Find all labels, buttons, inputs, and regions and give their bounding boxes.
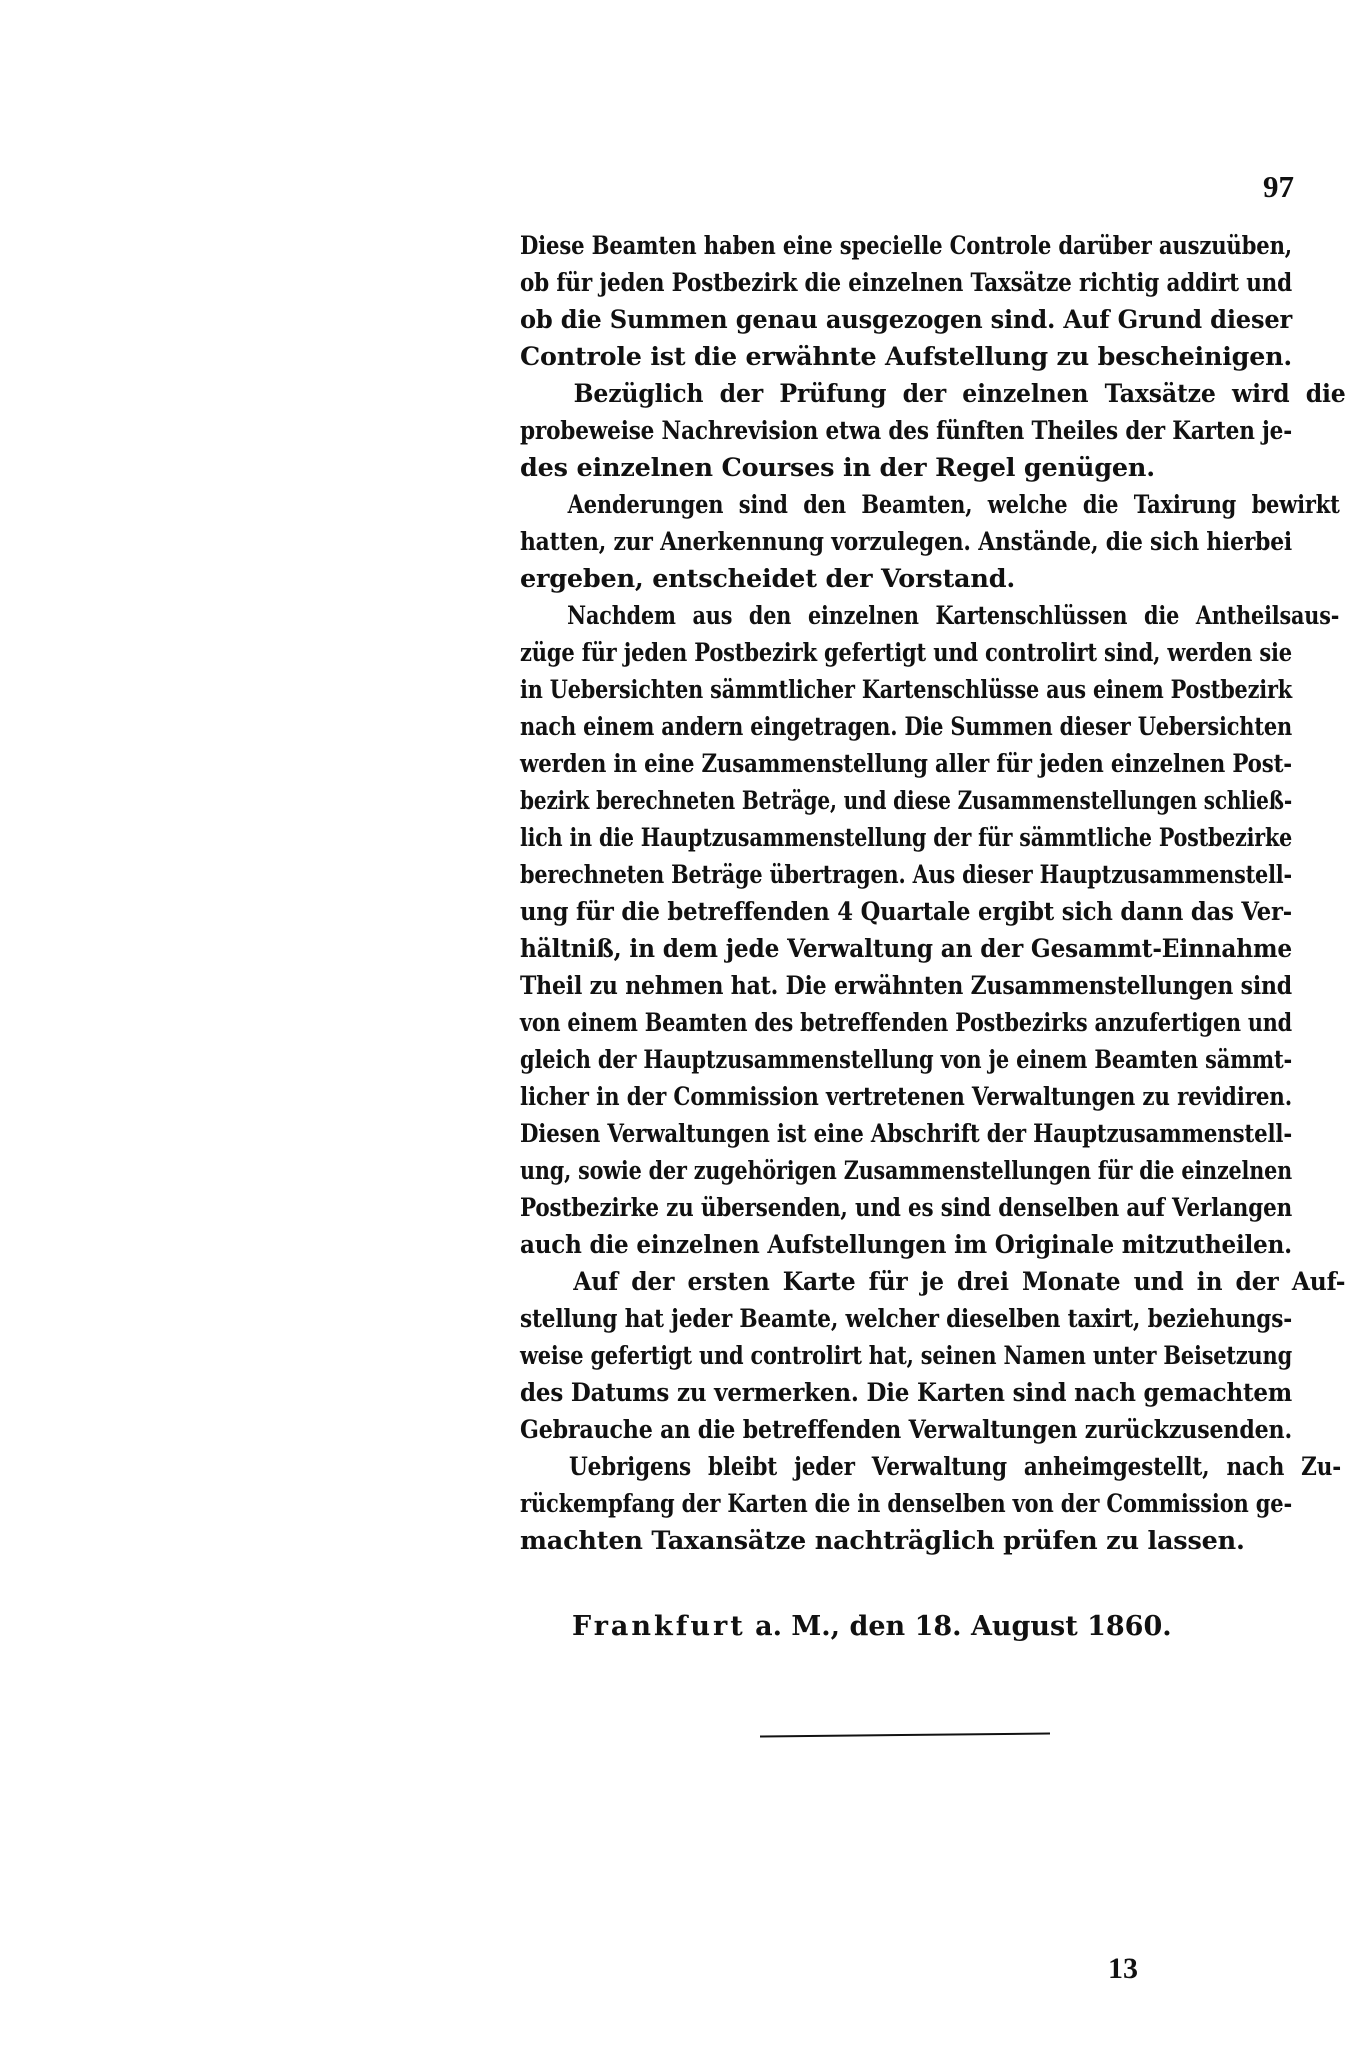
text-line: gleich der Hauptzusammenstellung von je … <box>520 1042 1292 1079</box>
text-line: bezirk berechneten Beträge, und diese Zu… <box>520 783 1292 820</box>
text-line: licher in der Commission vertretenen Ver… <box>520 1079 1292 1116</box>
text-line: des Datums zu vermerken. Die Karten sind… <box>520 1375 1292 1412</box>
paragraph-3: Aenderungen sind den Beamten, welche die… <box>520 487 1292 598</box>
text-line: Uebrigens bleibt jeder Verwaltung anheim… <box>520 1449 1341 1486</box>
signature-date: a. M., den 18. August 1860. <box>746 1611 1172 1642</box>
paragraph-6: Uebrigens bleibt jeder Verwaltung anheim… <box>520 1449 1292 1560</box>
text-line: Aenderungen sind den Beamten, welche die… <box>520 487 1340 524</box>
text-line: Auf der ersten Karte für je drei Monate … <box>520 1264 1345 1301</box>
text-line: Nachdem aus den einzelnen Kartenschlüsse… <box>520 598 1339 635</box>
text-line: ob die Summen genau ausgezogen sind. Auf… <box>520 302 1292 339</box>
text-line: machten Taxansätze nachträglich prüfen z… <box>520 1523 1292 1560</box>
text-line: des einzelnen Courses in der Regel genüg… <box>520 450 1292 487</box>
text-line: auch die einzelnen Aufstellungen im Orig… <box>520 1227 1292 1264</box>
text-line: in Uebersichten sämmtlicher Kartenschlüs… <box>520 672 1292 709</box>
text-line: Postbezirke zu übersenden, und es sind d… <box>520 1190 1292 1227</box>
paragraph-2: Bezüglich der Prüfung der einzelnen Taxs… <box>520 376 1292 487</box>
text-line: Bezüglich der Prüfung der einzelnen Taxs… <box>520 376 1346 413</box>
text-line: Diese Beamten haben eine specielle Contr… <box>520 228 1292 265</box>
text-line: Theil zu nehmen hat. Die erwähnten Zusam… <box>520 968 1292 1005</box>
text-line: ung für die betreffenden 4 Quartale ergi… <box>520 894 1292 931</box>
text-line: berechneten Beträge übertragen. Aus dies… <box>520 857 1292 894</box>
text-line: weise gefertigt und controlirt hat, sein… <box>520 1338 1292 1375</box>
text-line: Controle ist die erwähnte Aufstellung zu… <box>520 339 1292 376</box>
text-line: lich in die Hauptzusammenstellung der fü… <box>520 820 1292 857</box>
text-line: werden in eine Zusammenstellung aller fü… <box>520 746 1292 783</box>
paragraph-4: Nachdem aus den einzelnen Kartenschlüsse… <box>520 598 1292 1264</box>
text-line: nach einem andern eingetragen. Die Summe… <box>520 709 1292 746</box>
text-line: rückempfang der Karten die in denselben … <box>520 1486 1292 1523</box>
body-text: Diese Beamten haben eine specielle Contr… <box>520 228 1292 1560</box>
text-line: züge für jeden Postbezirk gefertigt und … <box>520 635 1292 672</box>
text-line: von einem Beamten des betreffenden Postb… <box>520 1005 1292 1042</box>
text-line: Gebrauche an die betreffenden Verwaltung… <box>520 1412 1292 1449</box>
text-line: Diesen Verwaltungen ist eine Abschrift d… <box>520 1116 1292 1153</box>
text-line: hatten, zur Anerkennung vorzulegen. Anst… <box>520 524 1292 561</box>
page-number-top: 97 <box>1250 170 1294 204</box>
text-line: ob für jeden Postbezirk die einzelnen Ta… <box>520 265 1292 302</box>
text-line: ung, sowie der zugehörigen Zusammenstell… <box>520 1153 1292 1190</box>
text-line: probeweise Nachrevision etwa des fünften… <box>520 413 1292 450</box>
paragraph-1: Diese Beamten haben eine specielle Contr… <box>520 228 1292 376</box>
signature-place: Frankfurt <box>572 1611 746 1642</box>
text-line: stellung hat jeder Beamte, welcher diese… <box>520 1301 1292 1338</box>
text-line: hältniß, in dem jede Verwaltung an der G… <box>520 931 1292 968</box>
horizontal-rule <box>760 1732 1050 1737</box>
text-line: ergeben, entscheidet der Vorstand. <box>520 561 1292 598</box>
paragraph-5: Auf der ersten Karte für je drei Monate … <box>520 1264 1292 1449</box>
place-date-signature: Frankfurt a. M., den 18. August 1860. <box>572 1607 1092 1647</box>
signature-mark-bottom: 13 <box>1108 1951 1152 1987</box>
